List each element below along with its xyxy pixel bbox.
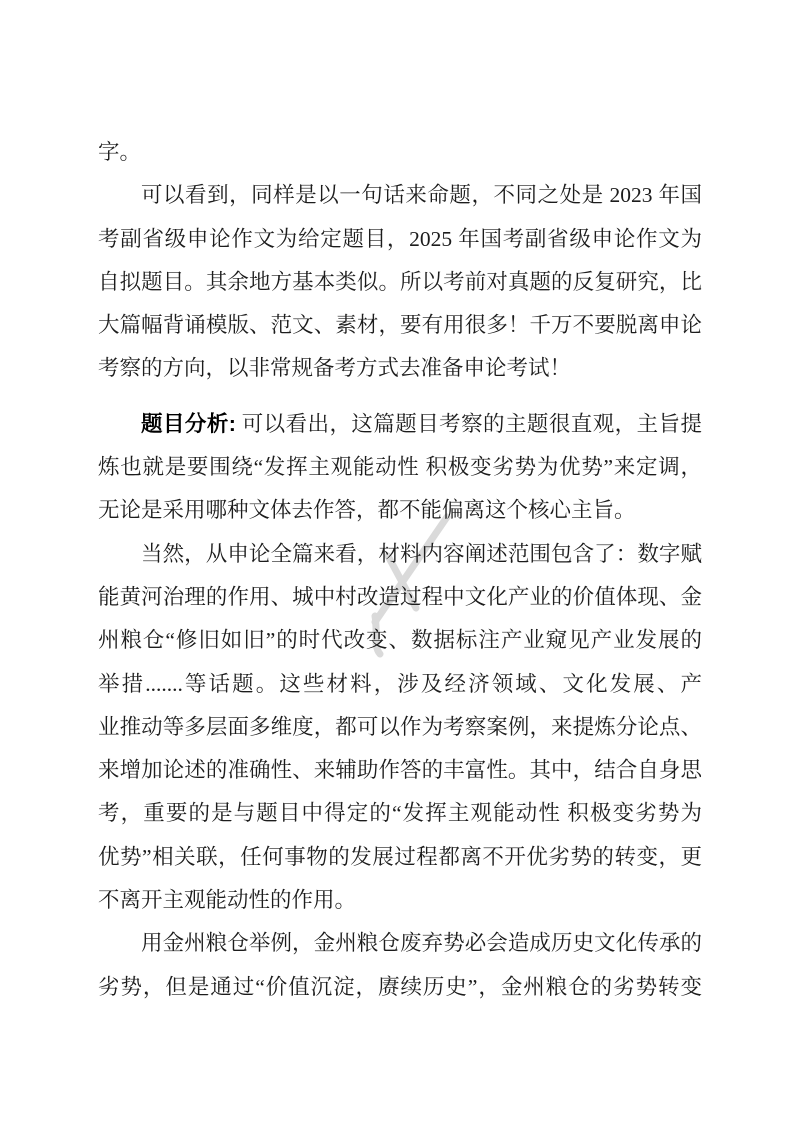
text-line: 题目分析: 可以看出，这篇题目考察的主题很直观，主旨提 [98, 403, 702, 446]
text-line: 大篇幅背诵模版、范文、素材，要有用很多！千万不要脱离申论 [98, 304, 702, 347]
text-line: 考副省级申论作文为给定题目，2025 年国考副省级申论作文为 [98, 218, 702, 261]
paragraph: 当然，从申论全篇来看，材料内容阐述范围包含了：数字赋 能黄河治理的作用、城中村改… [98, 533, 702, 923]
text-line: 字。 [98, 131, 702, 174]
text-line: 考，重要的是与题目中得定的“发挥主观能动性 积极变劣势为 [98, 792, 702, 835]
text-line: 业推动等多层面多维度，都可以作为考察案例，来提炼分论点、 [98, 706, 702, 749]
analysis-lead-text: 可以看出，这篇题目考察的主题很直观，主旨提 [236, 412, 702, 436]
paragraph: 字。 可以看到，同样是以一句话来命题，不同之处是 2023 年国 考副省级申论作… [98, 131, 702, 391]
text-line: 可以看到，同样是以一句话来命题，不同之处是 2023 年国 [98, 174, 702, 217]
text-line: 州粮仓“修旧如旧”的时代改变、数据标注产业窥见产业发展的 [98, 619, 702, 662]
text-line: 无论是采用哪种文体去作答，都不能偏离这个核心主旨。 [98, 489, 702, 532]
document-body: 字。 可以看到，同样是以一句话来命题，不同之处是 2023 年国 考副省级申论作… [98, 131, 702, 1009]
text-line: 劣势，但是通过“价值沉淀，赓续历史”，金州粮仓的劣势转变 [98, 966, 702, 1009]
analysis-label: 题目分析: [141, 412, 236, 436]
text-line: 不离开主观能动性的作用。 [98, 879, 702, 922]
text-line: 能黄河治理的作用、城中村改造过程中文化产业的价值体现、金 [98, 576, 702, 619]
text-line: 当然，从申论全篇来看，材料内容阐述范围包含了：数字赋 [98, 533, 702, 576]
paragraph-analysis: 题目分析: 可以看出，这篇题目考察的主题很直观，主旨提 炼也就是要围绕“发挥主观… [98, 403, 702, 533]
text-line: 考察的方向，以非常规备考方式去准备申论考试！ [98, 347, 702, 390]
text-line: 举措.......等话题。这些材料，涉及经济领域、文化发展、产 [98, 663, 702, 706]
text-line: 来增加论述的准确性、来辅助作答的丰富性。其中，结合自身思 [98, 749, 702, 792]
text-line: 用金州粮仓举例，金州粮仓废弃势必会造成历史文化传承的 [98, 922, 702, 965]
text-line: 优势”相关联，任何事物的发展过程都离不开优劣势的转变，更 [98, 836, 702, 879]
page-background: 字。 可以看到，同样是以一句话来命题，不同之处是 2023 年国 考副省级申论作… [0, 0, 800, 1131]
document-page: { "page": { "background": "#ffffff", "te… [0, 0, 800, 1131]
text-line: 炼也就是要围绕“发挥主观能动性 积极变劣势为优势”来定调， [98, 446, 702, 489]
text-line: 自拟题目。其余地方基本类似。所以考前对真题的反复研究，比 [98, 261, 702, 304]
paragraph: 用金州粮仓举例，金州粮仓废弃势必会造成历史文化传承的 劣势，但是通过“价值沉淀，… [98, 922, 702, 1009]
